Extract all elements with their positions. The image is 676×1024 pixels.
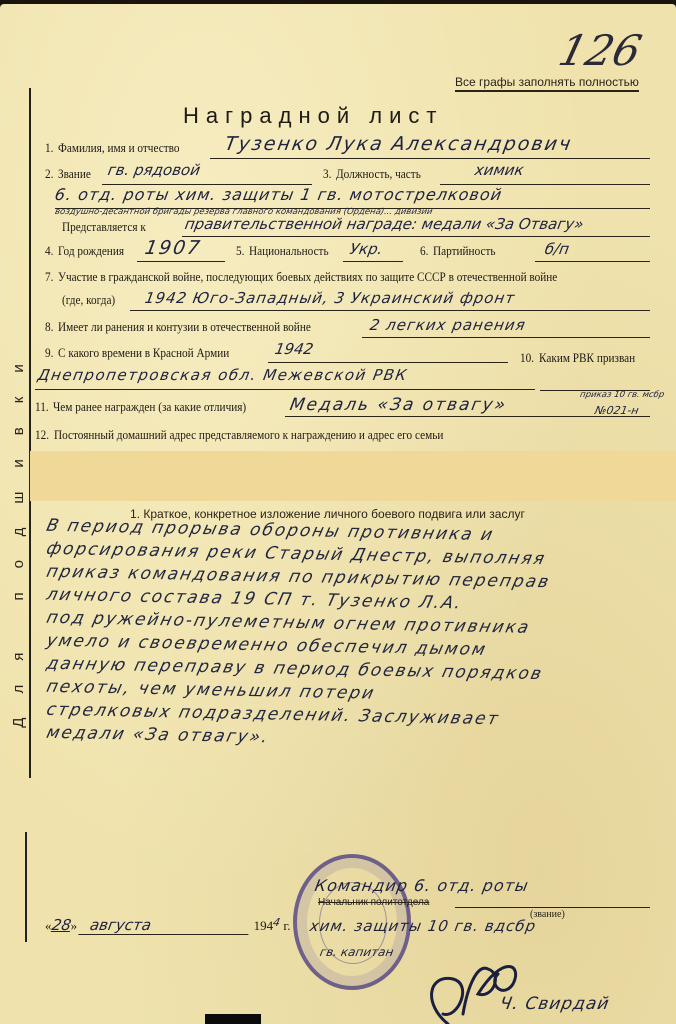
printed-title-struck: Начальник политотдела bbox=[318, 897, 429, 908]
full-name-value: Тузенко Лука Александрович bbox=[223, 133, 574, 155]
date-year-prefix: 194 bbox=[254, 918, 274, 933]
scan-tape-mark bbox=[205, 1014, 261, 1024]
underline bbox=[130, 310, 650, 311]
field-army-since: 9. С какого времени в Красной Армии bbox=[45, 346, 248, 361]
date-line: «28» августа 1944 г. bbox=[45, 916, 290, 935]
underline bbox=[182, 236, 650, 237]
underline bbox=[137, 261, 225, 262]
field-party: 6. Партийность bbox=[420, 244, 502, 259]
field-war-participation-cont: (где, когда) bbox=[62, 293, 121, 308]
field-label: Фамилия, имя и отчество bbox=[58, 141, 180, 156]
field-nationality: 5. Национальность bbox=[236, 244, 337, 259]
underline bbox=[343, 261, 403, 262]
field-war-participation: 7. Участие в гражданской войне, последую… bbox=[45, 270, 612, 285]
date-day: 28 bbox=[50, 916, 72, 934]
field-label: Участие в гражданской войне, последующих… bbox=[58, 270, 557, 285]
underline bbox=[35, 389, 535, 390]
nationality-value: Укр. bbox=[348, 240, 384, 258]
previous-awards-order-number: №021-н bbox=[594, 404, 640, 417]
signer-rank: гв. капитан bbox=[319, 945, 395, 959]
award-sheet: Для подшивки 126 Все графы заполнять пол… bbox=[0, 4, 676, 1024]
field-full-name: 1. Фамилия, имя и отчество bbox=[45, 141, 193, 156]
folio-number: 126 bbox=[554, 26, 646, 75]
field-presented-for: Представляется к bbox=[62, 220, 155, 235]
field-label: Чем ранее награжден (за какие отличия) bbox=[53, 400, 246, 415]
date-year-g: г. bbox=[283, 918, 290, 933]
presented-award-value: правительственной награде: медали «За От… bbox=[183, 215, 585, 233]
field-label: Каким РВК призван bbox=[539, 351, 635, 366]
war-participation-value: 1942 Юго-Западный, 3 Украинский фронт bbox=[143, 289, 516, 307]
feat-narrative: В период прорыва обороны противника и фо… bbox=[45, 522, 645, 752]
underline bbox=[535, 261, 650, 262]
signer-name: Ч. Свирдай bbox=[498, 994, 611, 1014]
underline bbox=[455, 907, 650, 908]
party-value: б/п bbox=[543, 240, 570, 258]
previous-awards-value: Медаль «За отвагу» bbox=[288, 395, 509, 415]
previous-awards-order-note: приказ 10 гв. мсбр bbox=[579, 390, 665, 400]
underline bbox=[268, 362, 508, 363]
address-blank-band bbox=[30, 451, 676, 501]
instruction-note: Все графы заполнять полностью bbox=[455, 75, 639, 92]
army-since-value: 1942 bbox=[273, 340, 314, 358]
field-rank: 2. Звание bbox=[45, 167, 94, 182]
birth-year-value: 1907 bbox=[143, 237, 203, 259]
underline bbox=[362, 337, 650, 338]
rank-value: гв. рядовой bbox=[106, 161, 201, 179]
underline bbox=[210, 158, 650, 159]
field-label: Имеет ли ранения и контузии в отечествен… bbox=[58, 320, 311, 335]
unit-value: 6. отд. роты хим. защиты 1 гв. мотострел… bbox=[53, 185, 504, 204]
field-label: Звание bbox=[58, 167, 91, 182]
field-label: Национальность bbox=[249, 244, 329, 259]
field-home-address: 12. Постоянный домашний адрес представля… bbox=[35, 428, 486, 443]
field-label: Партийность bbox=[433, 244, 496, 259]
field-label: Постоянный домашний адрес представляемог… bbox=[54, 428, 443, 443]
draft-office-value: Днепропетровская обл. Межевской РВК bbox=[36, 366, 409, 384]
field-label: Представляется к bbox=[62, 220, 146, 235]
signer-position: Командир 6. отд. роты bbox=[313, 876, 530, 895]
field-label: Должность, часть bbox=[336, 167, 421, 182]
field-wounds: 8. Имеет ли ранения и контузии в отечест… bbox=[45, 320, 338, 335]
date-year-suffix: 4 bbox=[272, 916, 281, 929]
field-number: 1. bbox=[45, 141, 53, 156]
field-draft-office: 10. Каким РВК призван bbox=[520, 351, 646, 366]
wounds-value: 2 легких ранения bbox=[368, 316, 527, 334]
date-month: августа bbox=[79, 916, 252, 935]
field-birth-year: 4. Год рождения bbox=[45, 244, 131, 259]
binding-margin-label: Для подшивки bbox=[10, 264, 30, 804]
field-previous-awards: 11. Чем ранее награжден (за какие отличи… bbox=[35, 400, 268, 415]
field-label: С какого времени в Красной Армии bbox=[58, 346, 229, 361]
binding-margin-line-lower bbox=[25, 832, 27, 942]
signer-unit: хим. защиты 10 гв. вдсбр bbox=[308, 917, 537, 935]
document-title: Наградной лист bbox=[183, 103, 443, 129]
field-label: Год рождения bbox=[58, 244, 124, 259]
field-position: 3. Должность, часть bbox=[323, 167, 430, 182]
position-value: химик bbox=[473, 161, 525, 179]
